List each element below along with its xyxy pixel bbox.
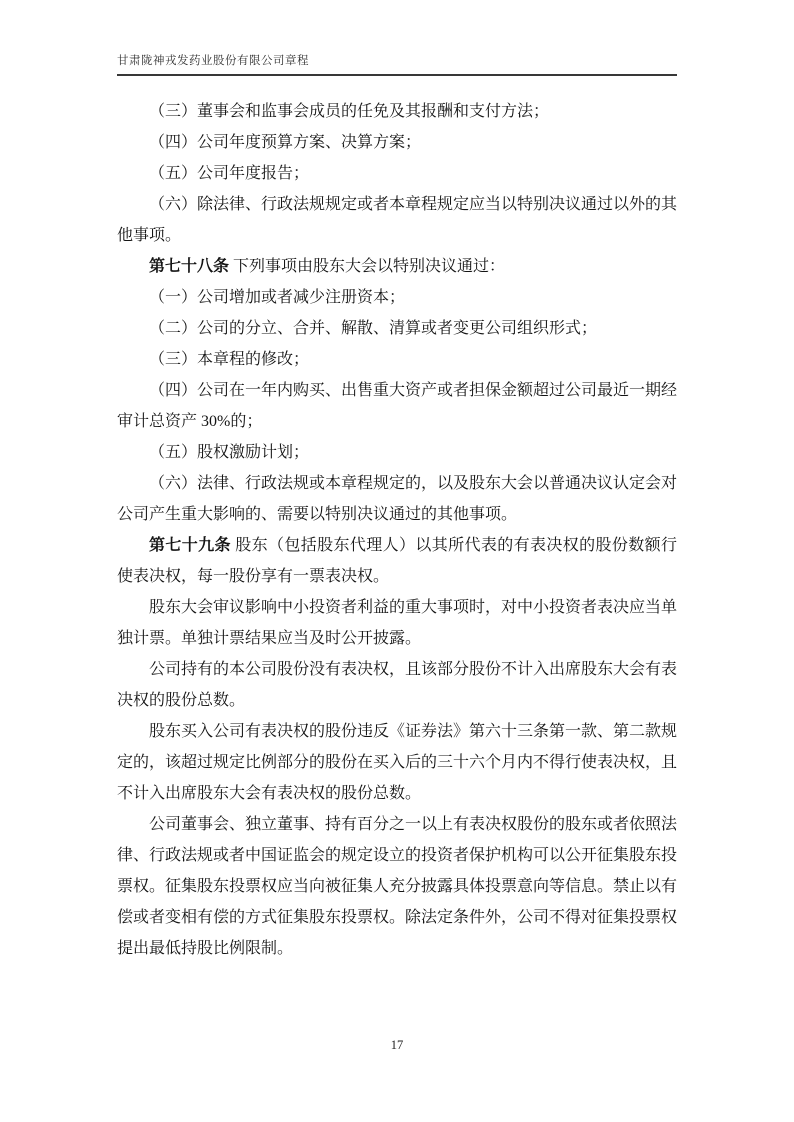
paragraph: （六）法律、行政法规或本章程规定的，以及股东大会以普通决议认定会对公司产生重大影… bbox=[117, 468, 677, 530]
paragraph: （四）公司年度预算方案、决算方案； bbox=[117, 127, 677, 158]
document-page: 甘肃陇神戎发药业股份有限公司章程 （三）董事会和监事会成员的任免及其报酬和支付方… bbox=[0, 0, 794, 1122]
page-footer: 17 bbox=[0, 1036, 794, 1054]
article-label: 第七十九条 bbox=[149, 537, 231, 554]
paragraph: （一）公司增加或者减少注册资本； bbox=[117, 282, 677, 313]
paragraph: 第七十八条 下列事项由股东大会以特别决议通过： bbox=[117, 251, 677, 282]
paragraph: 股东大会审议影响中小投资者利益的重大事项时，对中小投资者表决应当单独计票。单独计… bbox=[117, 592, 677, 654]
paragraph: （四）公司在一年内购买、出售重大资产或者担保金额超过公司最近一期经审计总资产 3… bbox=[117, 375, 677, 437]
paragraph: 公司持有的本公司股份没有表决权，且该部分股份不计入出席股东大会有表决权的股份总数… bbox=[117, 654, 677, 716]
paragraph: （二）公司的分立、合并、解散、清算或者变更公司组织形式； bbox=[117, 313, 677, 344]
paragraph: （六）除法律、行政法规规定或者本章程规定应当以特别决议通过以外的其他事项。 bbox=[117, 189, 677, 251]
header-title: 甘肃陇神戎发药业股份有限公司章程 bbox=[117, 52, 677, 74]
paragraph: （五）股权激励计划； bbox=[117, 437, 677, 468]
header-rule bbox=[117, 74, 677, 76]
page-header: 甘肃陇神戎发药业股份有限公司章程 bbox=[117, 52, 677, 76]
page-number: 17 bbox=[391, 1038, 404, 1052]
article-label: 第七十八条 bbox=[149, 258, 229, 275]
paragraph: （三）董事会和监事会成员的任免及其报酬和支付方法； bbox=[117, 96, 677, 127]
document-body: （三）董事会和监事会成员的任免及其报酬和支付方法；（四）公司年度预算方案、决算方… bbox=[117, 96, 677, 964]
paragraph: （三）本章程的修改； bbox=[117, 344, 677, 375]
paragraph: 公司董事会、独立董事、持有百分之一以上有表决权股份的股东或者依照法律、行政法规或… bbox=[117, 809, 677, 964]
paragraph: （五）公司年度报告； bbox=[117, 158, 677, 189]
paragraph: 股东买入公司有表决权的股份违反《证券法》第六十三条第一款、第二款规定的，该超过规… bbox=[117, 716, 677, 809]
paragraph: 第七十九条 股东（包括股东代理人）以其所代表的有表决权的股份数额行使表决权，每一… bbox=[117, 530, 677, 592]
